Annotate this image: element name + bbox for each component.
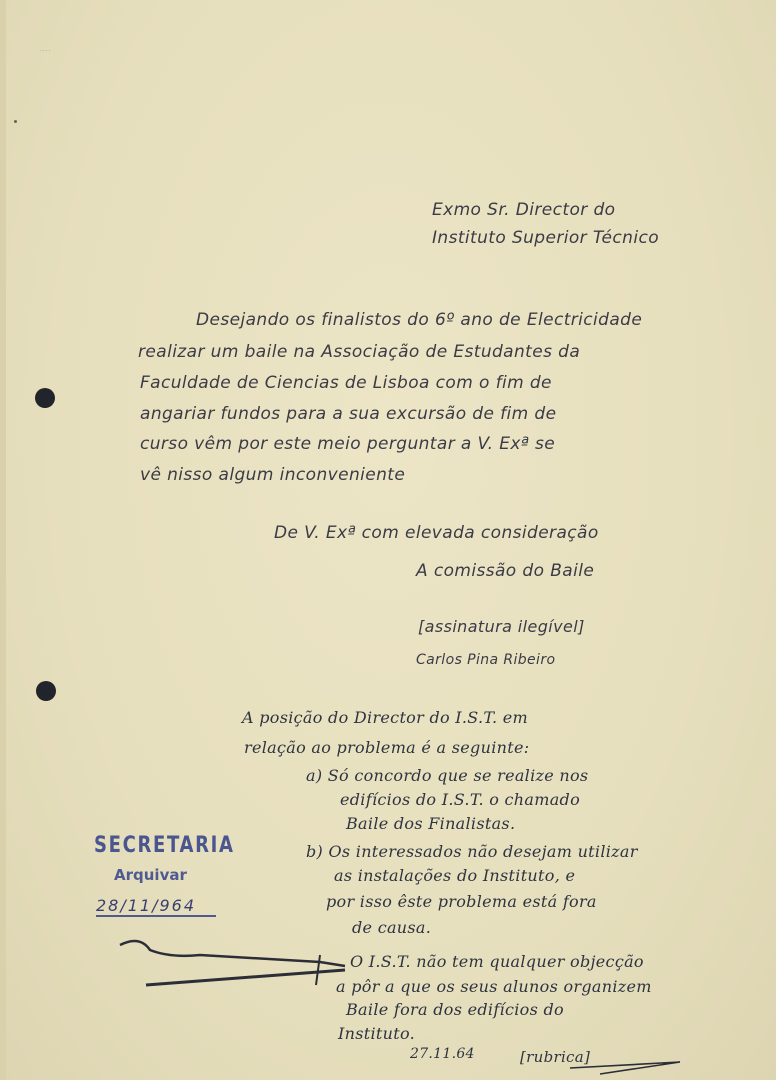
- pen-strokes: [0, 0, 776, 1080]
- rubric-flourish: [570, 1062, 680, 1074]
- document-page: ···· Exmo Sr. Director do Instituto Supe…: [0, 0, 776, 1080]
- arrow-stroke-upper: [120, 941, 345, 966]
- arrow-tick: [316, 955, 320, 985]
- arrow-stroke-lower: [146, 970, 345, 985]
